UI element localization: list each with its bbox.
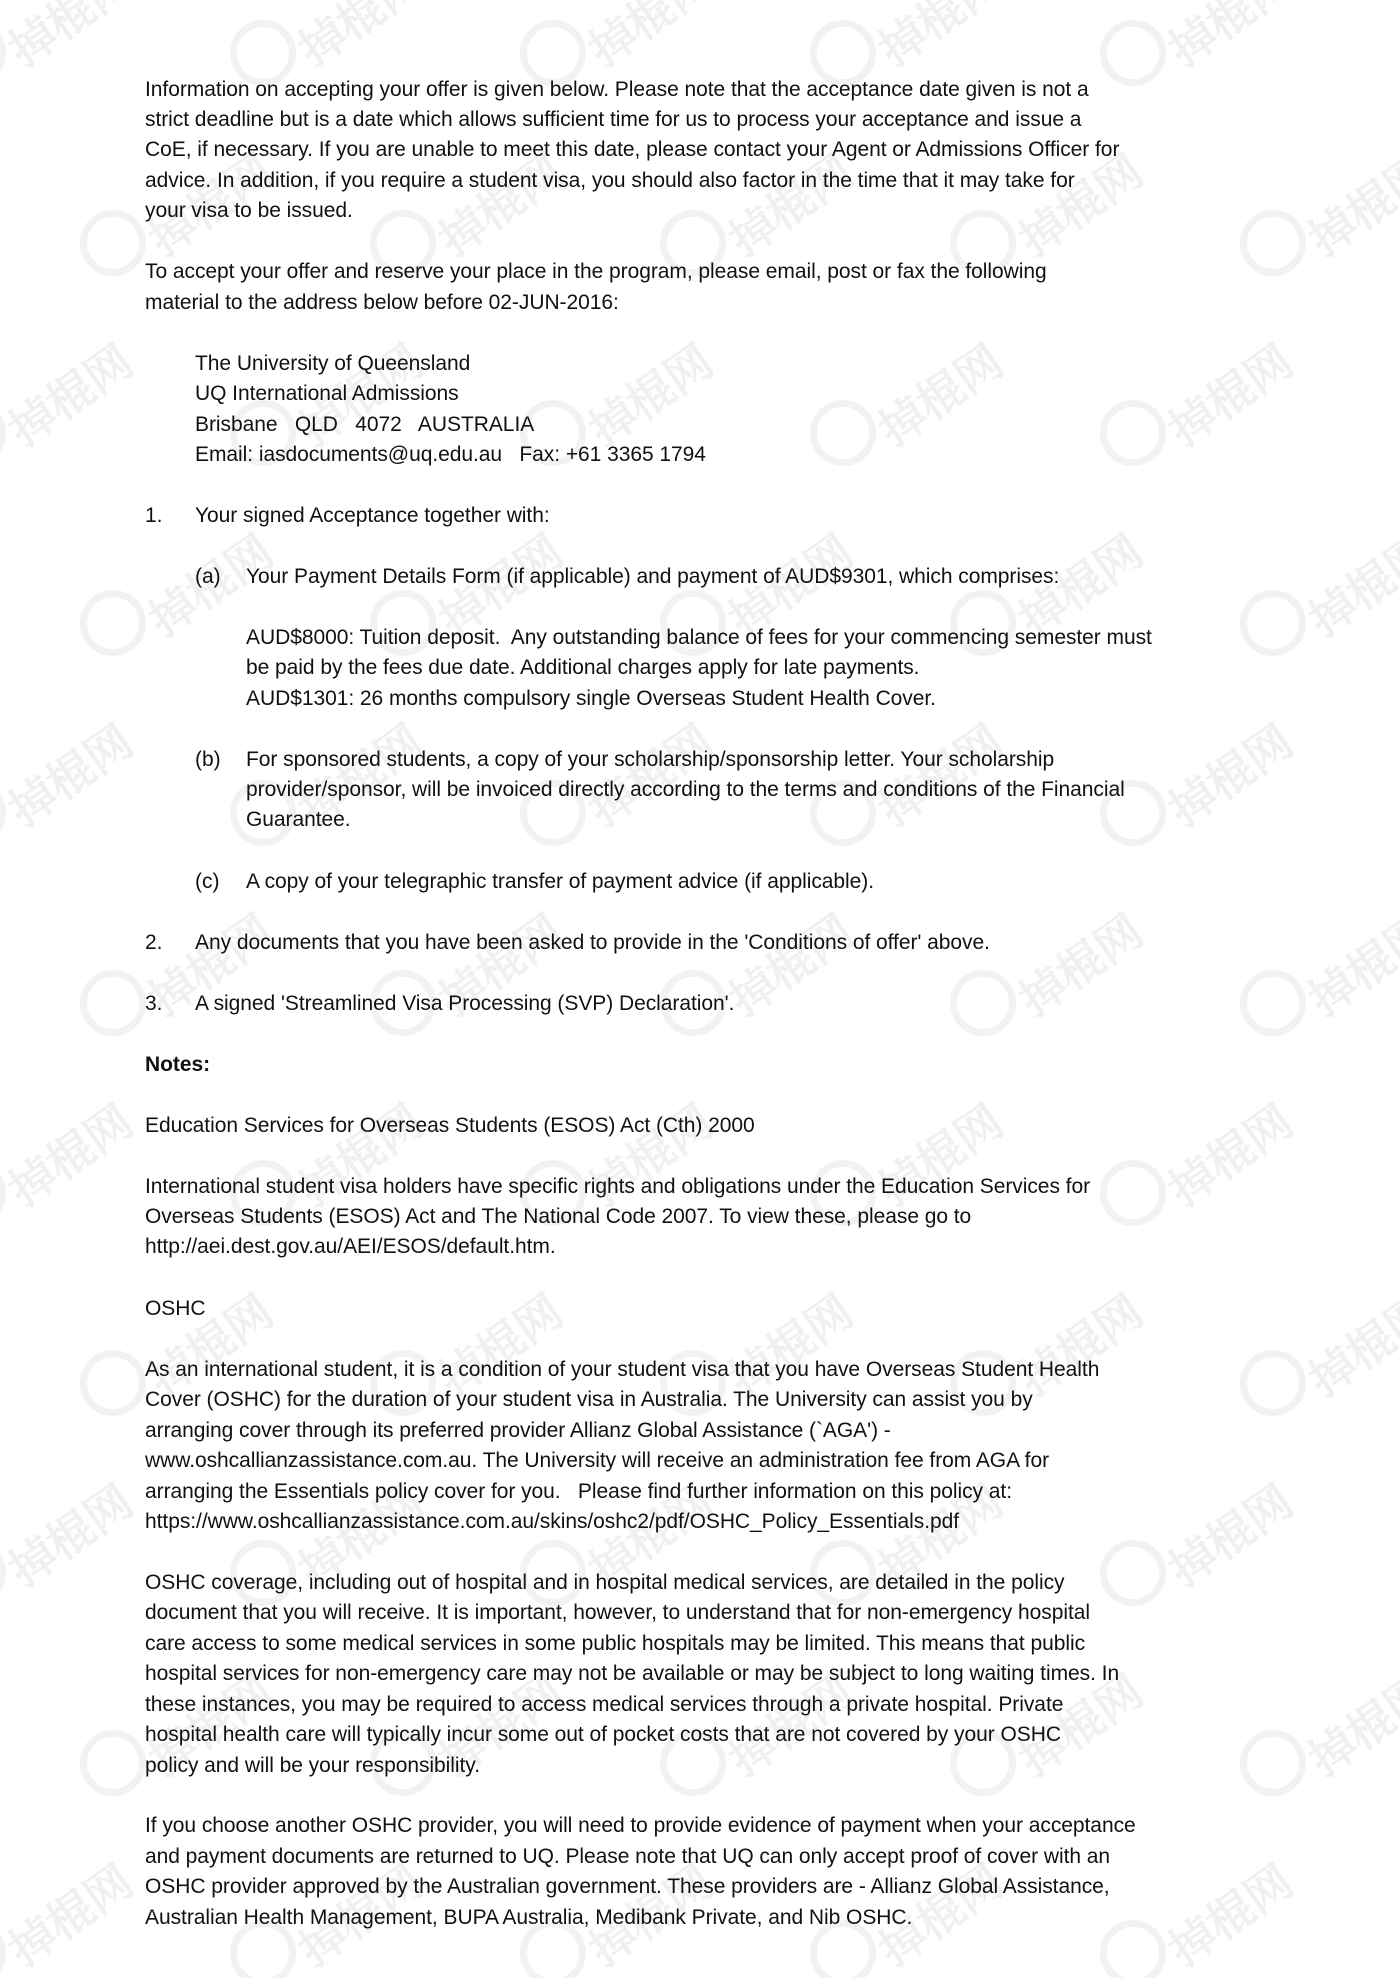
text-line: arranging cover through its preferred pr… bbox=[145, 1418, 891, 1444]
list-item-text: A signed 'Streamlined Visa Processing (S… bbox=[195, 991, 734, 1017]
text-line: arranging the Essentials policy cover fo… bbox=[145, 1479, 1012, 1505]
list-item-text: Your signed Acceptance together with: bbox=[195, 503, 550, 529]
address-line: UQ International Admissions bbox=[195, 381, 459, 407]
list-item-text: Any documents that you have been asked t… bbox=[195, 930, 990, 956]
notes-heading: Notes: bbox=[145, 1052, 210, 1078]
text-line: As an international student, it is a con… bbox=[145, 1357, 1099, 1383]
text-line: strict deadline but is a date which allo… bbox=[145, 107, 1081, 133]
watermark-logo-icon bbox=[1100, 20, 1166, 86]
text-line: advice. In addition, if you require a st… bbox=[145, 168, 1075, 194]
watermark-text: 掉棍网 bbox=[714, 896, 865, 1029]
text-line: document that you will receive. It is im… bbox=[145, 1600, 1090, 1626]
text-line: material to the address below before 02-… bbox=[145, 290, 619, 316]
list-number: 3. bbox=[145, 991, 163, 1017]
watermark-text: 掉棍网 bbox=[1294, 1276, 1400, 1409]
watermark-text: 掉棍网 bbox=[0, 706, 144, 839]
sub-item-label: (c) bbox=[195, 869, 220, 895]
watermark-logo-icon bbox=[0, 1540, 6, 1606]
watermark-text: 掉棍网 bbox=[1154, 0, 1305, 80]
sub-item-text: A copy of your telegraphic transfer of p… bbox=[246, 869, 874, 895]
watermark-text: 掉棍网 bbox=[1154, 1086, 1305, 1219]
watermark-text: 掉棍网 bbox=[864, 326, 1015, 459]
watermark-text: 掉棍网 bbox=[574, 0, 725, 80]
text-line: CoE, if necessary. If you are unable to … bbox=[145, 137, 1119, 163]
document-page: 掉棍网掉棍网掉棍网掉棍网掉棍网掉棍网掉棍网掉棍网掉棍网掉棍网掉棍网掉棍网掉棍网掉… bbox=[0, 0, 1400, 1978]
text-line: Australian Health Management, BUPA Austr… bbox=[145, 1905, 912, 1931]
watermark-text: 掉棍网 bbox=[864, 0, 1015, 80]
watermark-text: 掉棍网 bbox=[574, 706, 725, 839]
text-line: International student visa holders have … bbox=[145, 1174, 1090, 1200]
text-line: policy and will be your responsibility. bbox=[145, 1753, 480, 1779]
watermark-text: 掉棍网 bbox=[0, 0, 144, 80]
text-line: hospital services for non-emergency care… bbox=[145, 1661, 1119, 1687]
watermark-text: 掉棍网 bbox=[1294, 136, 1400, 269]
watermark-text: 掉棍网 bbox=[1294, 1656, 1400, 1789]
esos-title: Education Services for Overseas Students… bbox=[145, 1113, 755, 1139]
text-line: Cover (OSHC) for the duration of your st… bbox=[145, 1387, 1033, 1413]
text-line: your visa to be issued. bbox=[145, 198, 353, 224]
text-line: hospital health care will typically incu… bbox=[145, 1722, 1061, 1748]
watermark-text: 掉棍网 bbox=[1154, 706, 1305, 839]
watermark-text: 掉棍网 bbox=[574, 326, 725, 459]
watermark-logo-icon bbox=[1240, 210, 1306, 276]
watermark-text: 掉棍网 bbox=[0, 1086, 144, 1219]
sub-item-text: provider/sponsor, will be invoiced direc… bbox=[246, 777, 1125, 803]
text-line: care access to some medical services in … bbox=[145, 1631, 1085, 1657]
text-line: To accept your offer and reserve your pl… bbox=[145, 259, 1047, 285]
text-line: and payment documents are returned to UQ… bbox=[145, 1844, 1110, 1870]
esos-link[interactable]: http://aei.dest.gov.au/AEI/ESOS/default.… bbox=[145, 1234, 556, 1260]
watermark-logo-icon bbox=[1240, 970, 1306, 1036]
sub-item-text: Your Payment Details Form (if applicable… bbox=[246, 564, 1059, 590]
watermark-text: 掉棍网 bbox=[1154, 1466, 1305, 1599]
watermark-logo-icon bbox=[1100, 1540, 1166, 1606]
address-line: The University of Queensland bbox=[195, 351, 470, 377]
sub-item-label: (a) bbox=[195, 564, 221, 590]
watermark-text: 掉棍网 bbox=[1294, 896, 1400, 1029]
watermark-logo-icon bbox=[0, 1160, 6, 1226]
watermark-logo-icon bbox=[80, 970, 146, 1036]
sub-item-text: For sponsored students, a copy of your s… bbox=[246, 747, 1054, 773]
text-line: be paid by the fees due date. Additional… bbox=[246, 655, 919, 681]
watermark-text: 掉棍网 bbox=[0, 1846, 144, 1978]
text-line: If you choose another OSHC provider, you… bbox=[145, 1813, 1136, 1839]
watermark-logo-icon bbox=[1100, 400, 1166, 466]
sub-item-label: (b) bbox=[195, 747, 221, 773]
watermark-text: 掉棍网 bbox=[1004, 896, 1155, 1029]
watermark-logo-icon bbox=[1240, 1730, 1306, 1796]
watermark-logo-icon bbox=[0, 20, 6, 86]
text-line: OSHC coverage, including out of hospital… bbox=[145, 1570, 1064, 1596]
watermark-logo-icon bbox=[80, 1350, 146, 1416]
watermark-logo-icon bbox=[80, 1730, 146, 1796]
watermark-text: 掉棍网 bbox=[0, 326, 144, 459]
watermark-logo-icon bbox=[0, 780, 6, 846]
watermark-logo-icon bbox=[0, 400, 6, 466]
text-line: these instances, you may be required to … bbox=[145, 1692, 1063, 1718]
watermark-logo-icon bbox=[80, 590, 146, 656]
watermark-logo-icon bbox=[1100, 1160, 1166, 1226]
watermark-logo-icon bbox=[1100, 1920, 1166, 1978]
text-line: AUD$1301: 26 months compulsory single Ov… bbox=[246, 686, 936, 712]
watermark-text: 掉棍网 bbox=[1154, 326, 1305, 459]
watermark-logo-icon bbox=[950, 970, 1016, 1036]
watermark-text: 掉棍网 bbox=[284, 0, 435, 80]
watermark-text: 掉棍网 bbox=[1154, 1846, 1305, 1978]
watermark-logo-icon bbox=[810, 400, 876, 466]
watermark-text: 掉棍网 bbox=[0, 1466, 144, 1599]
list-number: 2. bbox=[145, 930, 163, 956]
watermark-logo-icon bbox=[1240, 590, 1306, 656]
text-line: Information on accepting your offer is g… bbox=[145, 77, 1089, 103]
watermark-logo-icon bbox=[1240, 1350, 1306, 1416]
text-line: OSHC provider approved by the Australian… bbox=[145, 1874, 1110, 1900]
watermark-logo-icon bbox=[0, 1920, 6, 1978]
watermark-text: 掉棍网 bbox=[864, 706, 1015, 839]
oshc-title: OSHC bbox=[145, 1296, 205, 1322]
policy-link[interactable]: https://www.oshcallianzassistance.com.au… bbox=[145, 1509, 959, 1535]
text-line: www.oshcallianzassistance.com.au. The Un… bbox=[145, 1448, 1049, 1474]
address-line: Brisbane QLD 4072 AUSTRALIA bbox=[195, 412, 534, 438]
watermark-text: 掉棍网 bbox=[1294, 516, 1400, 649]
list-number: 1. bbox=[145, 503, 163, 529]
text-line: Overseas Students (ESOS) Act and The Nat… bbox=[145, 1204, 971, 1230]
contact-line: Email: iasdocuments@uq.edu.au Fax: +61 3… bbox=[195, 442, 706, 468]
watermark-logo-icon bbox=[80, 210, 146, 276]
text-line: AUD$8000: Tuition deposit. Any outstandi… bbox=[246, 625, 1152, 651]
sub-item-text: Guarantee. bbox=[246, 807, 351, 833]
